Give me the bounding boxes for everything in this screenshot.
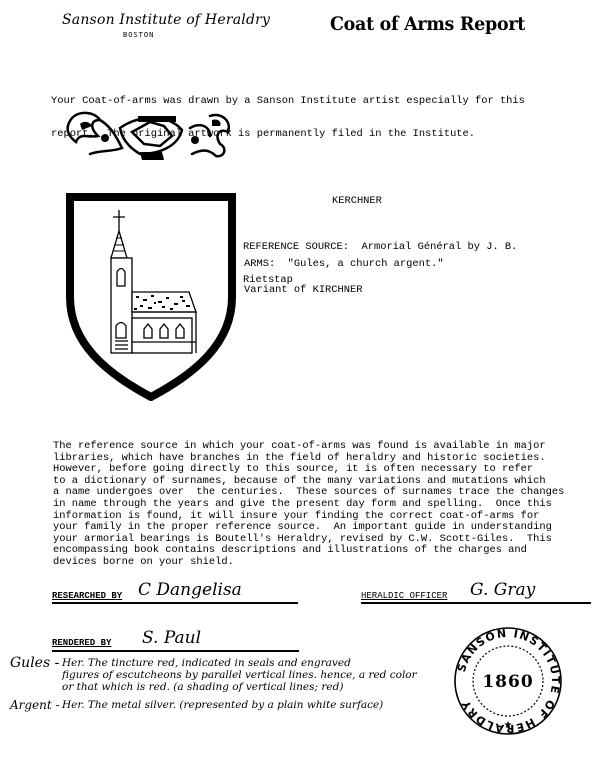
researched-by-signature: C Dangelisa [138, 580, 242, 600]
arms-label: ARMS: [244, 258, 275, 270]
paragraph-line: your family in the proper reference sour… [53, 522, 598, 534]
researched-by-label: RESEARCHED BY [52, 591, 122, 601]
paragraph-line: devices borne on your shield. [53, 557, 598, 569]
variant-note: Variant of KIRCHNER [244, 285, 362, 296]
body-paragraph: The reference source in which your coat-… [53, 441, 598, 569]
gules-line: figures of escutcheons by parallel verti… [62, 669, 417, 681]
rendered-signature-line [52, 650, 299, 652]
arms-value: "Gules, a church argent." [288, 258, 444, 270]
paragraph-line: The reference source in which your coat-… [53, 441, 598, 453]
argent-term: Argent - [10, 699, 60, 711]
heraldic-officer-signature: G. Gray [470, 580, 535, 600]
institute-city: BOSTON [123, 31, 154, 39]
paragraph-line: in name through the years and give the p… [53, 499, 598, 511]
surname: KERCHNER [332, 196, 382, 207]
officer-signature-line [361, 602, 591, 604]
rendered-by-signature: S. Paul [142, 628, 201, 648]
star-icon: ★ [504, 720, 513, 731]
heraldic-mantling-icon [60, 108, 235, 166]
argent-definition: Her. The metal silver. (represented by a… [62, 699, 383, 711]
reference-value: Armorial Général by J. B. [362, 241, 518, 253]
handwritten-notes: Gules - Her. The tincture red, indicated… [10, 657, 450, 719]
gules-term: Gules - [10, 657, 59, 669]
heraldic-officer-label: HERALDIC OFFICER [361, 591, 447, 601]
gules-line: or that which is red. (a shading of vert… [62, 681, 417, 693]
researched-signature-line [52, 602, 298, 604]
report-title: Coat of Arms Report [330, 13, 525, 35]
institute-seal: SANSON INSTITUTE OF HERALDRY 1860 ★ [452, 625, 564, 737]
gules-definition: Her. The tincture red, indicated in seal… [62, 657, 417, 693]
shield-with-church-icon [66, 193, 236, 401]
institute-name: Sanson Institute of Heraldry [62, 12, 270, 28]
rendered-by-label: RENDERED BY [52, 638, 111, 648]
reference-label: REFERENCE SOURCE: [243, 241, 349, 253]
seal-year: 1860 [482, 672, 533, 692]
arms-blazon: ARMS: "Gules, a church argent." [244, 259, 444, 270]
intro-line: Your Coat-of-arms was drawn by a Sanson … [51, 96, 525, 107]
gules-line: Her. The tincture red, indicated in seal… [62, 657, 417, 669]
